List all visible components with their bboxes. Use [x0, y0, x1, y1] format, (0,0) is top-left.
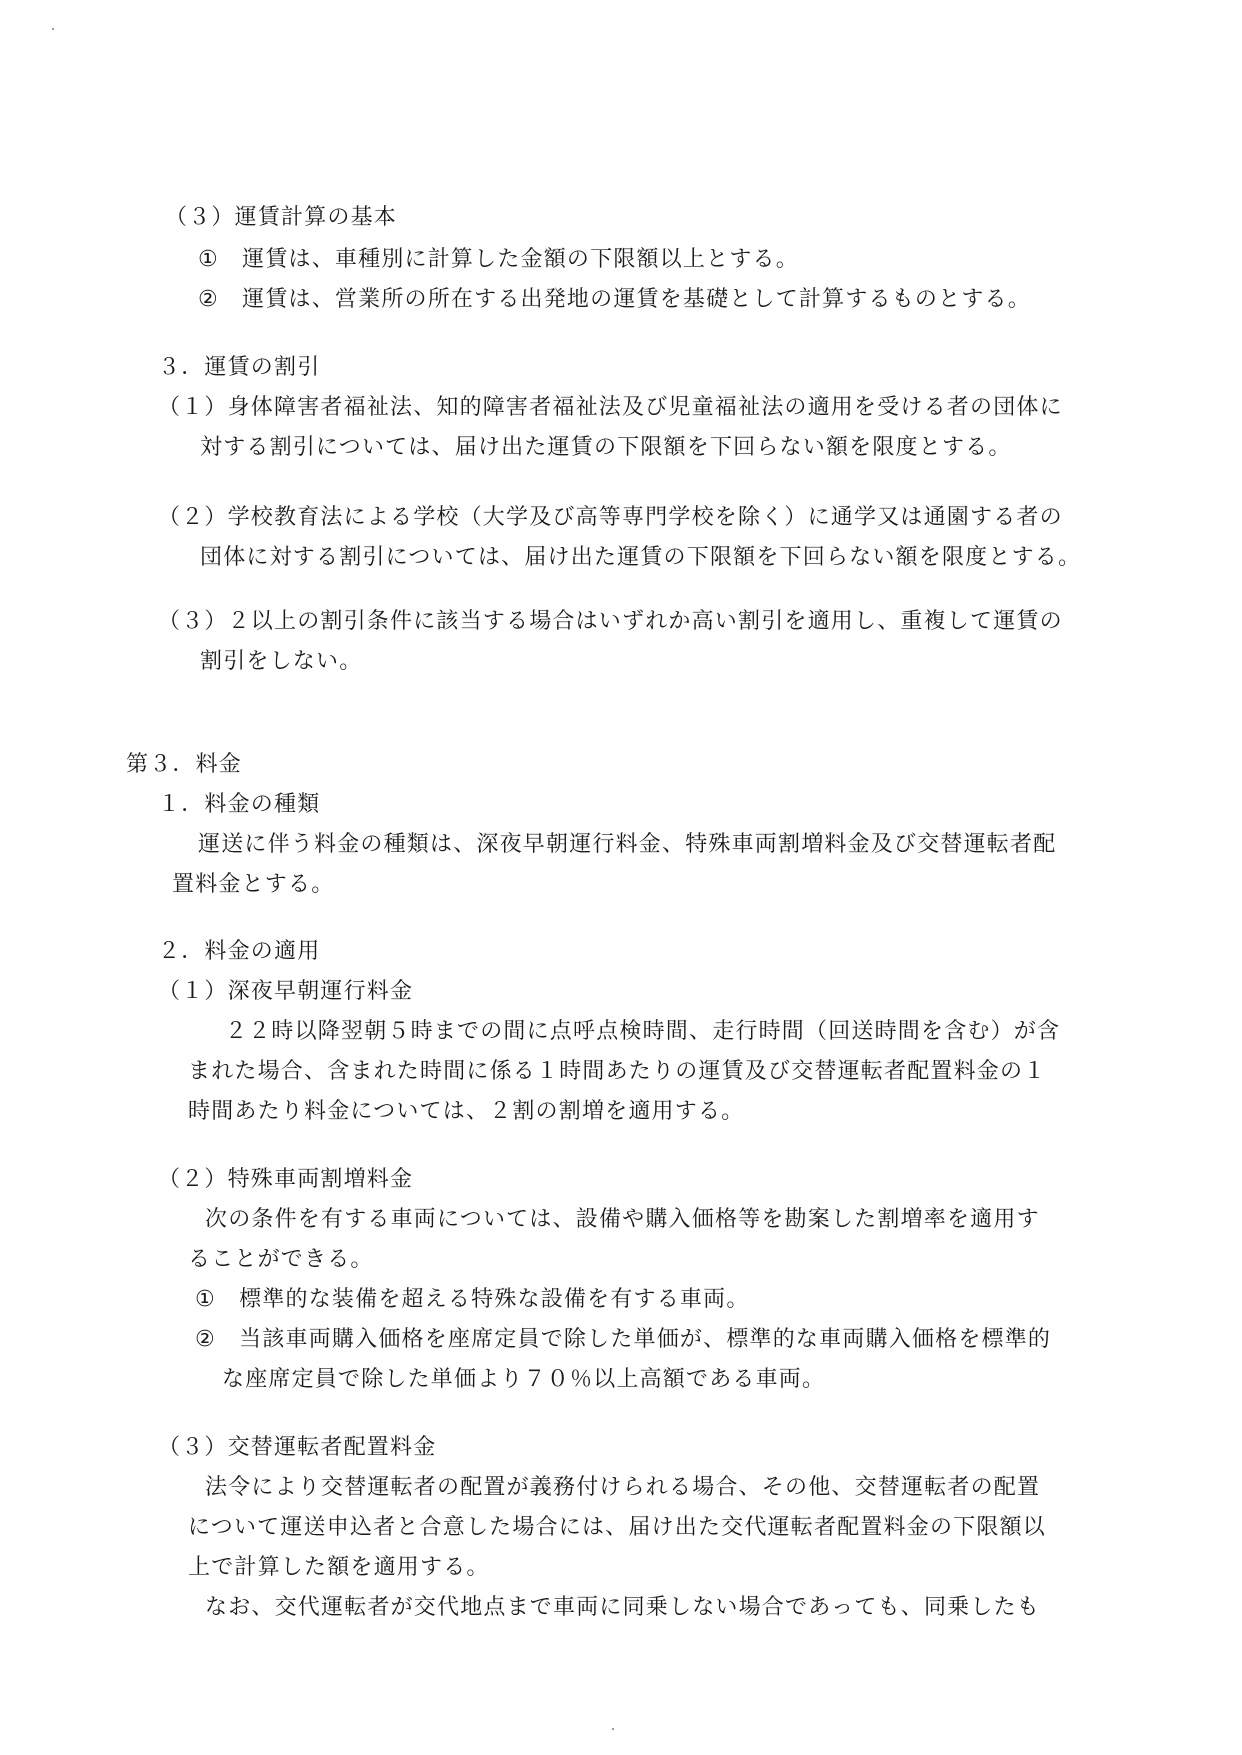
special-vehicle-line: ② 当該車両購入価格を座席定員で除した単価が、標準的な車両購入価格を標準的: [195, 1326, 1051, 1354]
fare-discount-line: 団体に対する割引については、届け出た運賃の下限額を下回らない額を限度とする。: [200, 544, 1081, 572]
scan-speck: [612, 1728, 614, 1730]
fare-discount-line: ３．運賃の割引: [158, 354, 320, 382]
fare-discount-line: 対する割引については、届け出た運賃の下限額を下回らない額を限度とする。: [200, 434, 1012, 462]
charge-application-line: ２２時以降翌朝５時までの間に点呼点検時間、走行時間（回送時間を含む）が含: [225, 1018, 1060, 1046]
fare-discount-line: （３）２以上の割引条件に該当する場合はいずれか高い割引を適用し、重複して運賃の: [158, 608, 1063, 636]
relief-driver-line: なお、交代運転者が交代地点まで車両に同乗しない場合であっても、同乗したも: [205, 1594, 1040, 1622]
special-vehicle-line: （２）特殊車両割増料金: [158, 1166, 413, 1194]
special-vehicle-line: ① 標準的な装備を超える特殊な設備を有する車両。: [195, 1286, 750, 1314]
charge-application-line: 時間あたり料金については、２割の割増を適用する。: [188, 1098, 744, 1126]
charge-application-line: ２．料金の適用: [158, 938, 320, 966]
charges-line: 置料金とする。: [172, 871, 334, 899]
fare-discount-line: （１）身体障害者福祉法、知的障害者福祉法及び児童福祉法の適用を受ける者の団体に: [158, 394, 1063, 422]
fare-discount-line: （２）学校教育法による学校（大学及び高等専門学校を除く）に通学又は通園する者の: [158, 504, 1063, 532]
fare-calc-basis-line: ② 運賃は、営業所の所在する出発地の運賃を基礎として計算するものとする。: [198, 286, 1031, 314]
charge-application-line: まれた場合、含まれた時間に係る１時間あたりの運賃及び交替運転者配置料金の１: [188, 1058, 1046, 1086]
charges-line: 運送に伴う料金の種類は、深夜早朝運行料金、特殊車両割増料金及び交替運転者配: [198, 831, 1056, 859]
special-vehicle-line: な座席定員で除した単価より７０％以上高額である車両。: [222, 1366, 825, 1394]
charges-line: １．料金の種類: [158, 791, 320, 819]
special-vehicle-line: ることができる。: [188, 1246, 374, 1274]
special-vehicle-line: 次の条件を有する車両については、設備や購入価格等を勘案した割増率を適用す: [205, 1206, 1040, 1234]
scan-speck: [52, 28, 54, 30]
charges-line: 第３．料金: [126, 751, 242, 779]
relief-driver-line: 法令により交替運転者の配置が義務付けられる場合、その他、交替運転者の配置: [205, 1474, 1040, 1502]
fare-calc-basis-line: ① 運賃は、車種別に計算した金額の下限額以上とする。: [198, 246, 799, 274]
charge-application-line: （１）深夜早朝運行料金: [158, 978, 413, 1006]
fare-calc-basis-line: （３）運賃計算の基本: [165, 204, 397, 232]
relief-driver-line: （３）交替運転者配置料金: [158, 1434, 436, 1462]
relief-driver-line: 上で計算した額を適用する。: [188, 1554, 490, 1582]
relief-driver-line: について運送申込者と合意した場合には、届け出た交代運転者配置料金の下限額以: [188, 1514, 1046, 1542]
fare-discount-line: 割引をしない。: [200, 648, 362, 676]
